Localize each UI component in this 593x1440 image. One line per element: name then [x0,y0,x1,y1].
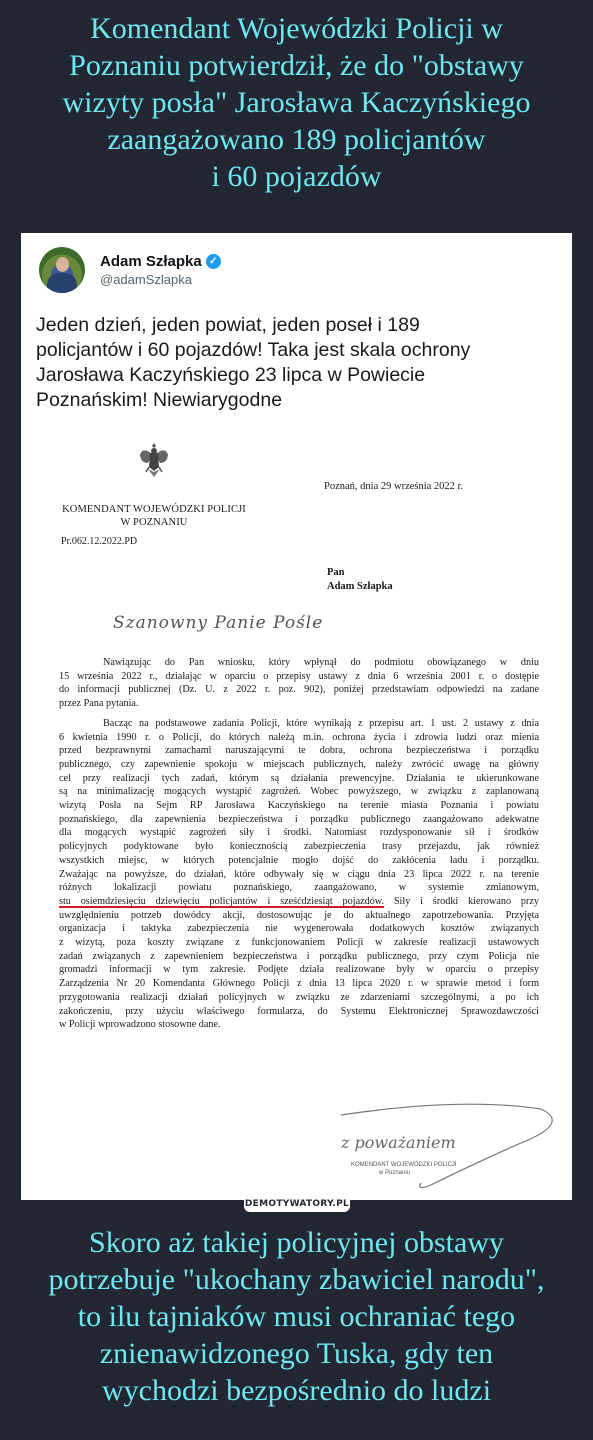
handwritten-signoff: z poważaniem [341,1133,456,1152]
caption-line: to ilu tajniaków musi ochraniać tego [0,1298,593,1335]
headline-line: wizyty posła" Jarosława Kaczyńskiego [0,84,593,121]
letter-body: Nawiązując do Pan wniosku, który wpłynął… [59,656,539,1038]
headline-line: i 60 pojazdów [0,158,593,195]
headline-line: Poznaniu potwierdził, że do "obstawy [0,47,593,84]
headline-line: zaangażowano 189 policjantów [0,121,593,158]
official-letter: KOMENDANT WOJEWÓDZKI POLICJI W POZNANIU … [21,233,572,1201]
caption-line: potrzebuje "ukochany zbawiciel narodu", [0,1261,593,1298]
letter-paragraph: Bacząc na podstawowe zadania Policji, kt… [59,717,539,1032]
letter-paragraph: Nawiązując do Pan wniosku, który wpłynął… [59,656,539,711]
site-watermark[interactable]: DEMOTYWATORY.PL [244,1196,350,1212]
headline-line: Komendant Wojewódzki Policji w [0,10,593,47]
caption-line: wychodzi bezpośrednio do ludzi [0,1372,593,1409]
official-stamp: KOMENDANT WOJEWÓDZKI POLICJI w Poznaniu [351,1161,457,1177]
issuer-name: KOMENDANT WOJEWÓDZKI POLICJI W POZNANIU [54,503,254,529]
place-date: Poznań, dnia 29 września 2022 r. [324,481,463,492]
highlighted-line: stu osiemdziesięciu dziewięciu policjant… [59,895,539,909]
recipient: Pan Adam Szłapka [327,566,393,594]
screenshot-image: Adam Szłapka ✓ @adamSzlapka Jeden dzień,… [21,233,572,1201]
caption: Skoro aż takiej policyjnej obstawy potrz… [0,1224,593,1409]
caption-line: znienawidzonego Tuska, gdy ten [0,1335,593,1372]
red-underline-highlight: stu osiemdziesięciu dziewięciu policjant… [59,896,384,907]
caption-line: Skoro aż takiej policyjnej obstawy [0,1224,593,1261]
reference-number: Pr.062.12.2022.PD [61,536,137,547]
handwritten-salutation: Szanowny Panie Pośle [113,613,323,633]
headline: Komendant Wojewódzki Policji w Poznaniu … [0,10,593,195]
polish-eagle-emblem-icon [138,441,170,479]
